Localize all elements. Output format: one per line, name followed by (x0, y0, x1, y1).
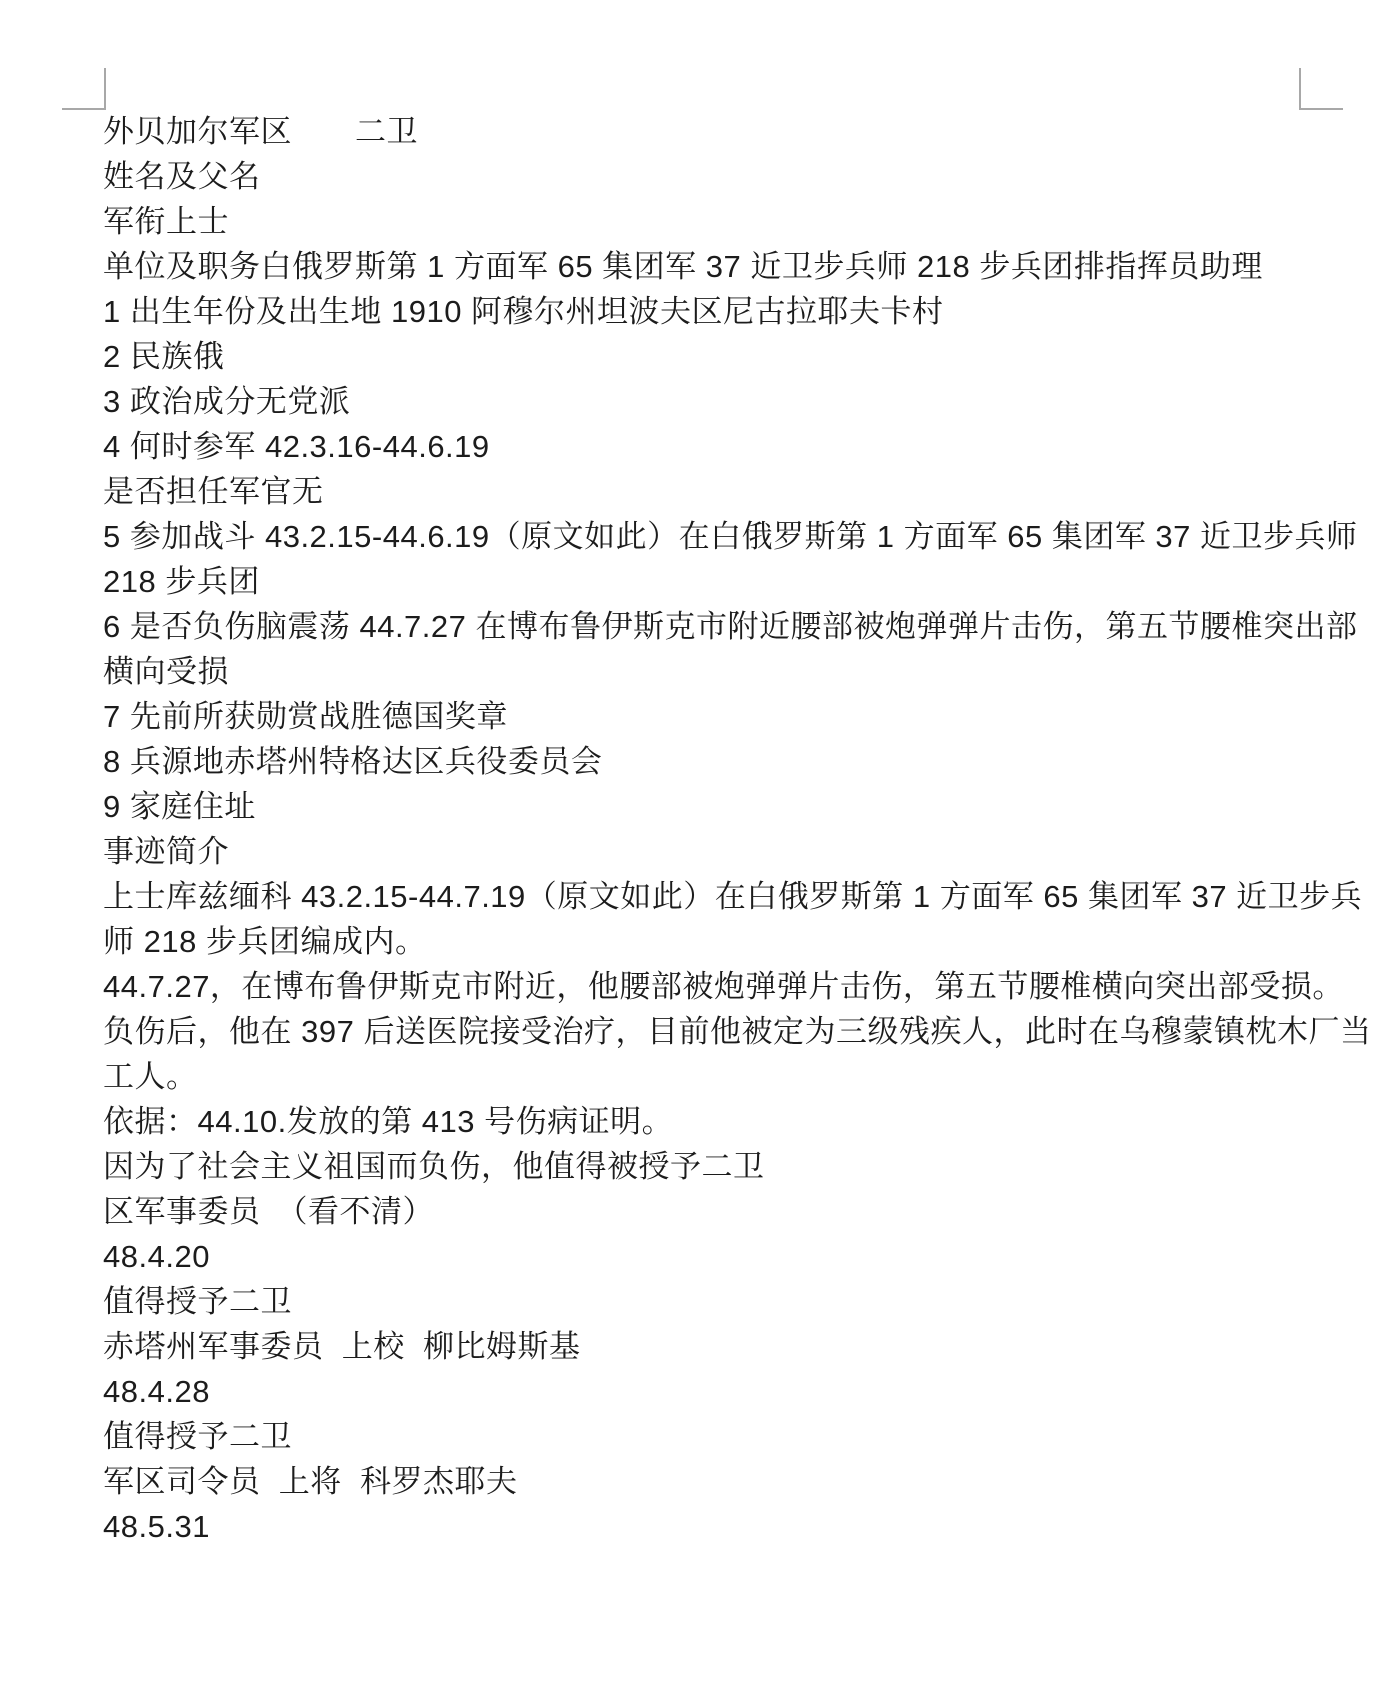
text-line: 负伤后，他在 397 后送医院接受治疗，目前他被定为三级残疾人，此时在乌穆蒙镇枕… (103, 1009, 1318, 1054)
text-line: 师 218 步兵团编成内。 (103, 919, 1318, 964)
text-line: 2 民族俄 (103, 334, 1318, 379)
text-line: 44.7.27，在博布鲁伊斯克市附近，他腰部被炮弹弹片击伤，第五节腰椎横向突出部… (103, 964, 1318, 1009)
text-line: 4 何时参军 42.3.16-44.6.19 (103, 424, 1318, 469)
text-line: 事迹简介 (103, 829, 1318, 874)
text-line: 外贝加尔军区 二卫 (103, 109, 1318, 154)
text-line: 姓名及父名 (103, 154, 1318, 199)
text-line: 5 参加战斗 43.2.15-44.6.19（原文如此）在白俄罗斯第 1 方面军… (103, 514, 1318, 559)
text-line: 赤塔州军事委员 上校 柳比姆斯基 (103, 1324, 1318, 1369)
text-line: 单位及职务白俄罗斯第 1 方面军 65 集团军 37 近卫步兵师 218 步兵团… (103, 244, 1318, 289)
text-line: 依据：44.10.发放的第 413 号伤病证明。 (103, 1099, 1318, 1144)
text-line: 48.4.20 (103, 1234, 1318, 1279)
text-line: 工人。 (103, 1054, 1318, 1099)
text-line: 1 出生年份及出生地 1910 阿穆尔州坦波夫区尼古拉耶夫卡村 (103, 289, 1318, 334)
crop-mark-top-right (1299, 68, 1343, 110)
text-line: 218 步兵团 (103, 559, 1318, 604)
text-line: 区军事委员 （看不清） (103, 1189, 1318, 1234)
text-line: 军衔上士 (103, 199, 1318, 244)
text-line: 上士库兹缅科 43.2.15-44.7.19（原文如此）在白俄罗斯第 1 方面军… (103, 874, 1318, 919)
text-line: 9 家庭住址 (103, 784, 1318, 829)
text-line: 3 政治成分无党派 (103, 379, 1318, 424)
text-line: 6 是否负伤脑震荡 44.7.27 在博布鲁伊斯克市附近腰部被炮弹弹片击伤，第五… (103, 604, 1318, 649)
text-line: 军区司令员 上将 科罗杰耶夫 (103, 1459, 1318, 1504)
document-body: 外贝加尔军区 二卫 姓名及父名 军衔上士 单位及职务白俄罗斯第 1 方面军 65… (103, 109, 1318, 1549)
text-line: 横向受损 (103, 649, 1318, 694)
text-line: 48.4.28 (103, 1369, 1318, 1414)
text-line: 7 先前所获勋赏战胜德国奖章 (103, 694, 1318, 739)
document-page: 外贝加尔军区 二卫 姓名及父名 军衔上士 单位及职务白俄罗斯第 1 方面军 65… (0, 0, 1400, 1681)
text-line: 是否担任军官无 (103, 469, 1318, 514)
crop-mark-top-left (62, 68, 106, 110)
text-line: 8 兵源地赤塔州特格达区兵役委员会 (103, 739, 1318, 784)
text-line: 值得授予二卫 (103, 1414, 1318, 1459)
text-line: 值得授予二卫 (103, 1279, 1318, 1324)
text-line: 因为了社会主义祖国而负伤，他值得被授予二卫 (103, 1144, 1318, 1189)
text-line: 48.5.31 (103, 1504, 1318, 1549)
